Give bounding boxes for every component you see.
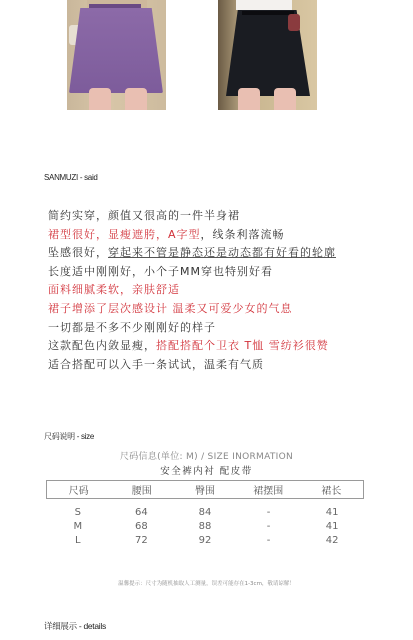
row-hip: 92 bbox=[173, 535, 237, 546]
row-length: 41 bbox=[300, 507, 364, 518]
description-segment: 裙子增添了层次感设计 温柔又可爱少女的气息 bbox=[48, 302, 293, 315]
details-section-label: 详细展示 - details bbox=[44, 620, 106, 632]
description-segment: 穿起来不管是静态还是动态都有好看的轮廓 bbox=[108, 246, 336, 259]
row-hip: 84 bbox=[173, 507, 237, 518]
description-line: 简约实穿，颜值又很高的一件半身裙 bbox=[48, 207, 336, 226]
description-segment: 简约实穿，颜值又很高的一件半身裙 bbox=[48, 209, 240, 222]
description-segment: 长度适中刚刚好，小个子MM穿也特别好看 bbox=[48, 265, 273, 278]
purple-skirt-photo bbox=[67, 0, 166, 110]
header-size: 尺码 bbox=[47, 482, 110, 497]
size-info-heading: 尺码信息(单位: M) / SIZE INORMATION bbox=[0, 449, 413, 462]
table-row: M 68 88 - 41 bbox=[46, 521, 364, 532]
row-waist: 64 bbox=[110, 507, 174, 518]
black-skirt-photo bbox=[218, 0, 317, 110]
size-section-label: 尺码说明 - size bbox=[44, 431, 94, 442]
row-length: 41 bbox=[300, 521, 364, 532]
row-size: S bbox=[46, 507, 110, 518]
description-segment: 适合搭配可以入手一条试试，温柔有气质 bbox=[48, 358, 264, 371]
leg bbox=[274, 88, 296, 110]
description-segment: 搭配搭配个卫衣 T恤 雪纺衫很赞 bbox=[156, 339, 329, 352]
leg bbox=[125, 88, 147, 110]
description-line: 长度适中刚刚好，小个子MM穿也特别好看 bbox=[48, 263, 336, 282]
leg bbox=[89, 88, 111, 110]
row-size: L bbox=[46, 535, 110, 546]
header-waist: 腰围 bbox=[110, 482, 173, 497]
white-top bbox=[236, 0, 292, 10]
description-block: 简约实穿，颜值又很高的一件半身裙裙型很好，显瘦遮胯，A字型，线条利落流畅坠感很好… bbox=[48, 207, 336, 374]
row-size: M bbox=[46, 521, 110, 532]
belt bbox=[242, 11, 294, 15]
row-hem: - bbox=[237, 507, 301, 518]
row-hem: - bbox=[237, 535, 301, 546]
belt bbox=[89, 4, 141, 8]
header-length: 裙长 bbox=[300, 482, 363, 497]
handbag bbox=[288, 14, 300, 31]
description-segment: 裙型很好，显瘦遮胯，A字型 bbox=[48, 228, 201, 241]
size-table-header: 尺码 腰围 臀围 裙摆围 裙长 bbox=[46, 480, 364, 499]
description-line: 坠感很好，穿起来不管是静态还是动态都有好看的轮廓 bbox=[48, 244, 336, 263]
table-row: L 72 92 - 42 bbox=[46, 535, 364, 546]
description-segment: ，线条利落流畅 bbox=[201, 228, 285, 241]
description-line: 一切都是不多不少刚刚好的样子 bbox=[48, 319, 336, 338]
header-hip: 臀围 bbox=[173, 482, 236, 497]
row-length: 42 bbox=[300, 535, 364, 546]
description-line: 适合搭配可以入手一条试试，温柔有气质 bbox=[48, 356, 336, 375]
description-line: 裙子增添了层次感设计 温柔又可爱少女的气息 bbox=[48, 300, 336, 319]
description-line: 面料细腻柔软，亲肤舒适 bbox=[48, 281, 336, 300]
leg bbox=[238, 88, 260, 110]
row-waist: 68 bbox=[110, 521, 174, 532]
description-segment: 面料细腻柔软，亲肤舒适 bbox=[48, 283, 180, 296]
measurement-note: 温馨提示：尺寸为随机抽取人工测量，误差可能存在1-3cm，敬请谅解！ bbox=[0, 579, 413, 587]
size-sub-heading: 安全裤内衬 配皮带 bbox=[0, 463, 413, 477]
table-row: S 64 84 - 41 bbox=[46, 507, 364, 518]
description-segment: 坠感很好， bbox=[48, 246, 108, 259]
said-section-label: SANMUZI - said bbox=[44, 173, 98, 182]
header-hem: 裙摆围 bbox=[237, 482, 300, 497]
description-segment: 一切都是不多不少刚刚好的样子 bbox=[48, 321, 216, 334]
row-waist: 72 bbox=[110, 535, 174, 546]
description-line: 这款配色内敛显瘦，搭配搭配个卫衣 T恤 雪纺衫很赞 bbox=[48, 337, 336, 356]
row-hip: 88 bbox=[173, 521, 237, 532]
description-line: 裙型很好，显瘦遮胯，A字型，线条利落流畅 bbox=[48, 226, 336, 245]
purple-skirt bbox=[69, 8, 163, 93]
description-segment: 这款配色内敛显瘦， bbox=[48, 339, 156, 352]
row-hem: - bbox=[237, 521, 301, 532]
